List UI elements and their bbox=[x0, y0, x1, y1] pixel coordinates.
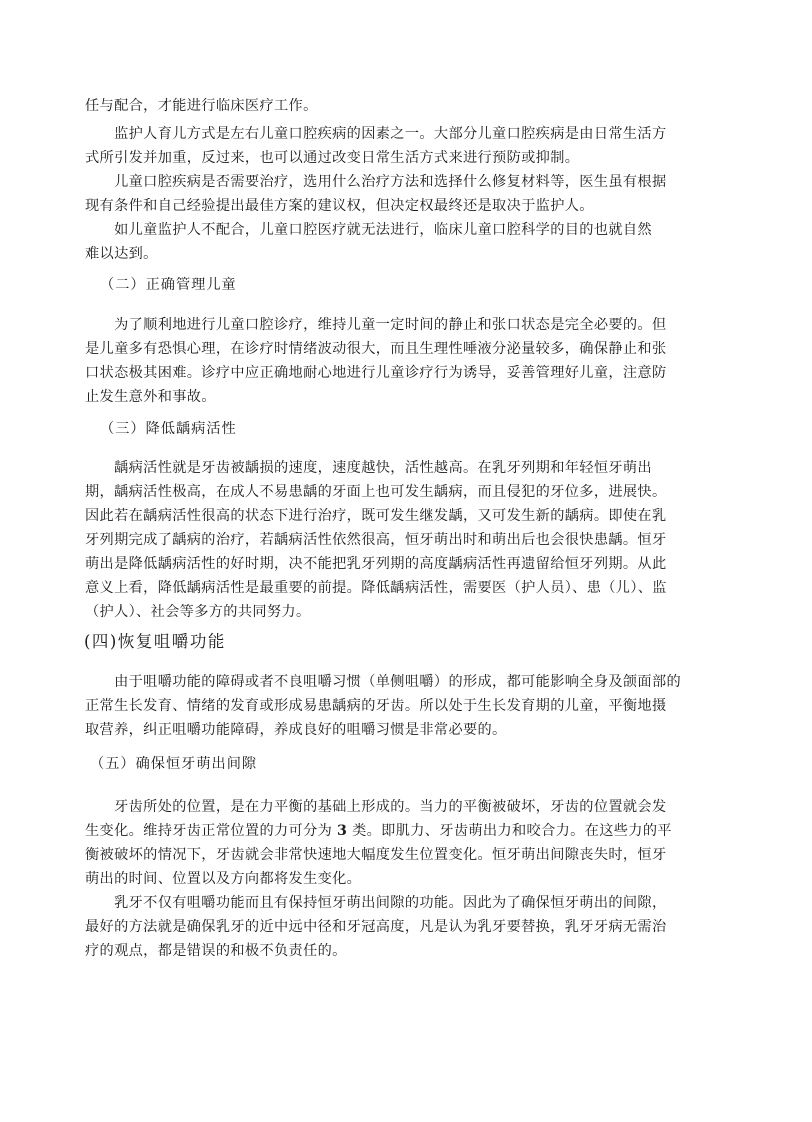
paragraph-line: （护人）、社会等多方的共同努力。 bbox=[85, 602, 715, 622]
paragraph-line: 儿童口腔疾病是否需要治疗，选用什么治疗方法和选择什么修复材料等，医生虽有根据 bbox=[85, 172, 715, 192]
paragraph-line: 意义上看，降低龋病活性是最重要的前提。降低龋病活性，需要医（护人员）、患（儿）、… bbox=[85, 578, 715, 598]
paragraph-line: 乳牙不仅有咀嚼功能而且有保持恒牙萌出间隙的功能。因此为了确保恒牙萌出的间隙， bbox=[85, 893, 715, 913]
paragraph-line: 是儿童多有恐惧心理，在诊疗时情绪波动很大，而且生理性唾液分泌量较多，确保静止和张 bbox=[85, 339, 715, 359]
section-heading: (四)恢复咀嚼功能 bbox=[84, 632, 226, 652]
paragraph-line: 由于咀嚼功能的障碍或者不良咀嚼习惯（单侧咀嚼）的形成，都可能影响全身及颌面部的 bbox=[85, 672, 715, 692]
paragraph-line: 疗的观点，都是错误的和极不负责任的。 bbox=[85, 941, 715, 961]
paragraph-line: 最好的方法就是确保乳牙的近中远中径和牙冠高度，凡是认为乳牙要替换，乳牙牙病无需治 bbox=[85, 917, 715, 937]
paragraph-line: 如儿童监护人不配合，儿童口腔医疗就无法进行，临床儿童口腔科学的目的也就自然 bbox=[85, 220, 715, 240]
emphasized-number: 3 bbox=[337, 823, 347, 839]
paragraph-line: 取营养，纠正咀嚼功能障碍，养成良好的咀嚼习惯是非常必要的。 bbox=[85, 720, 715, 740]
paragraph-line: 龋病活性就是牙齿被龋损的速度，速度越快，活性越高。在乳牙列期和年轻恒牙萌出 bbox=[85, 458, 715, 478]
paragraph-line: 止发生意外和事故。 bbox=[85, 387, 715, 407]
paragraph-line: 正常生长发育、情绪的发育或形成易患龋病的牙齿。所以处于生长发育期的儿童，平衡地摄 bbox=[85, 696, 715, 716]
paragraph-line: 牙齿所处的位置，是在力平衡的基础上形成的。当力的平衡被破坏，牙齿的位置就会发 bbox=[85, 797, 715, 817]
document-page: 任与配合，才能进行临床医疗工作。 监护人育儿方式是左右儿童口腔疾病的因素之一。大… bbox=[0, 0, 812, 1122]
paragraph-line: 期，龋病活性极高，在成人不易患龋的牙面上也可发生龋病，而且侵犯的牙位多，进展快。 bbox=[85, 482, 715, 502]
paragraph-line: 牙列期完成了龋病的治疗，若龋病活性依然很高，恒牙萌出时和萌出后也会很快患龋。恒牙 bbox=[85, 530, 715, 550]
section-heading: （五）确保恒牙萌出间隙 bbox=[90, 754, 257, 774]
text-segment: 生变化。维持牙齿正常位置的力可分为 bbox=[85, 823, 337, 839]
paragraph-line: 衡被破坏的情况下，牙齿就会非常快速地大幅度发生位置变化。恒牙萌出间隙丧失时，恒牙 bbox=[85, 845, 715, 865]
section-heading: （二）正确管理儿童 bbox=[100, 275, 237, 295]
paragraph-line: 口状态极其困难。诊疗中应正确地耐心地进行儿童诊疗行为诱导，妥善管理好儿童，注意防 bbox=[85, 363, 715, 383]
paragraph-line: 式所引发并加重，反过来，也可以通过改变日常生活方式来进行预防或抑制。 bbox=[85, 148, 715, 168]
paragraph-line: 现有条件和自己经验提出最佳方案的建议权，但决定权最终还是取决于监护人。 bbox=[85, 196, 715, 216]
text-segment: 类。即肌力、牙齿萌出力和咬合力。在这些力的平 bbox=[347, 823, 672, 839]
paragraph-line: 监护人育儿方式是左右儿童口腔疾病的因素之一。大部分儿童口腔疾病是由日常生活方 bbox=[85, 124, 715, 144]
paragraph-line: 为了顺利地进行儿童口腔诊疗，维持儿童一定时间的静止和张口状态是完全必要的。但 bbox=[85, 315, 715, 335]
paragraph-line: 萌出的时间、位置以及方向都将发生变化。 bbox=[85, 869, 715, 889]
paragraph-line: 因此若在龋病活性很高的状态下进行治疗，既可发生继发龋，又可发生新的龋病。即使在乳 bbox=[85, 506, 715, 526]
paragraph-line: 难以达到。 bbox=[85, 244, 715, 264]
paragraph-line: 萌出是降低龋病活性的好时期，决不能把乳牙列期的高度龋病活性再遗留给恒牙列期。从此 bbox=[85, 554, 715, 574]
section-heading: （三）降低龋病活性 bbox=[100, 419, 237, 439]
paragraph-line: 任与配合，才能进行临床医疗工作。 bbox=[85, 96, 715, 116]
paragraph-line: 生变化。维持牙齿正常位置的力可分为 3 类。即肌力、牙齿萌出力和咬合力。在这些力… bbox=[85, 821, 715, 841]
